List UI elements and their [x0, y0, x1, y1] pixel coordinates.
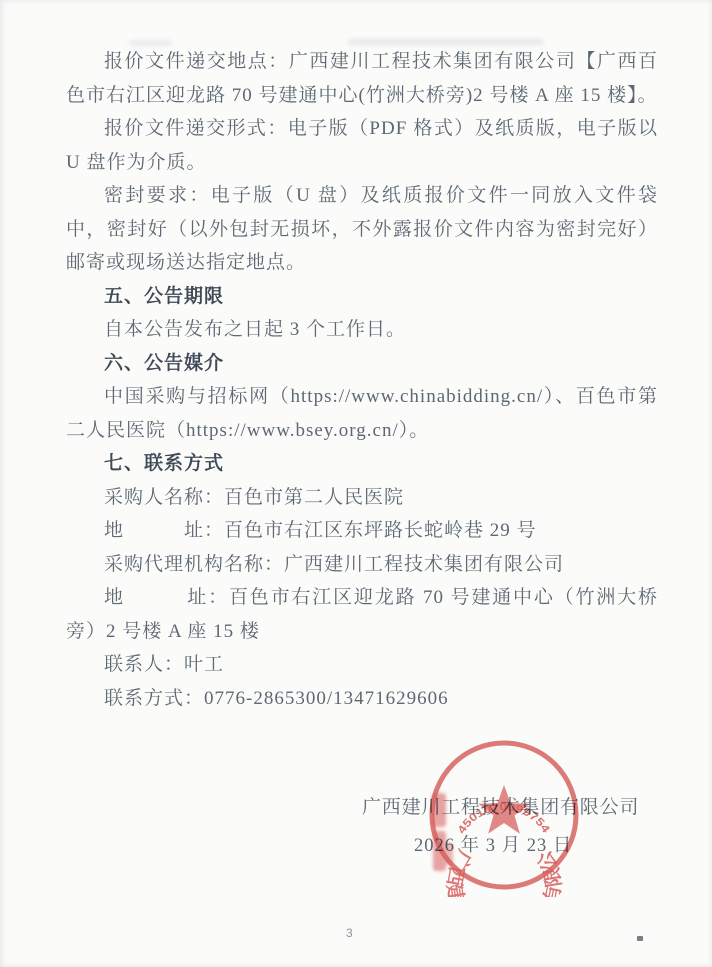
contact-agency-address: 地 址：百色市右江区迎龙路 70 号建通中心（竹洲大桥旁）2 号楼 A 座 15…	[66, 581, 658, 648]
paragraph-delivery-format: 报价文件递交形式：电子版（PDF 格式）及纸质版，电子版以 U 盘作为介质。	[66, 112, 658, 179]
paragraph-sealing-requirements: 密封要求：电子版（U 盘）及纸质报价文件一同放入文件袋中，密封好（以外包封无损坏…	[66, 179, 658, 280]
contact-purchaser-name: 采购人名称：百色市第二人民医院	[66, 481, 658, 515]
paragraph-delivery-location: 报价文件递交地点：广西建川工程技术集团有限公司【广西百色市右江区迎龙路 70 号…	[66, 45, 658, 112]
paragraph-announcement-period: 自本公告发布之日起 3 个工作日。	[66, 313, 658, 347]
contact-purchaser-address: 地 址：百色市右江区东坪路长蛇岭巷 29 号	[66, 514, 658, 548]
section-heading-announcement-media: 六、公告媒介	[66, 347, 658, 381]
contact-person: 联系人：叶工	[66, 648, 658, 682]
page-number: 3	[346, 926, 353, 940]
contact-agency-name: 采购代理机构名称：广西建川工程技术集团有限公司	[66, 548, 658, 582]
company-seal: 广西建川工程技术集团有限公司 4501070099754	[420, 729, 588, 897]
document-page: 报价文件递交地点：广西建川工程技术集团有限公司【广西百色市右江区迎龙路 70 号…	[0, 0, 712, 967]
document-body: 报价文件递交地点：广西建川工程技术集团有限公司【广西百色市右江区迎龙路 70 号…	[66, 45, 658, 715]
scan-speck	[637, 936, 643, 941]
section-heading-announcement-period: 五、公告期限	[66, 280, 658, 314]
seal-ink-smudge	[432, 793, 453, 871]
contact-phone: 联系方式：0776-2865300/13471629606	[66, 682, 658, 716]
section-heading-contact-info: 七、联系方式	[66, 447, 658, 481]
paragraph-announcement-media: 中国采购与招标网（https://www.chinabidding.cn/）、百…	[66, 380, 658, 447]
